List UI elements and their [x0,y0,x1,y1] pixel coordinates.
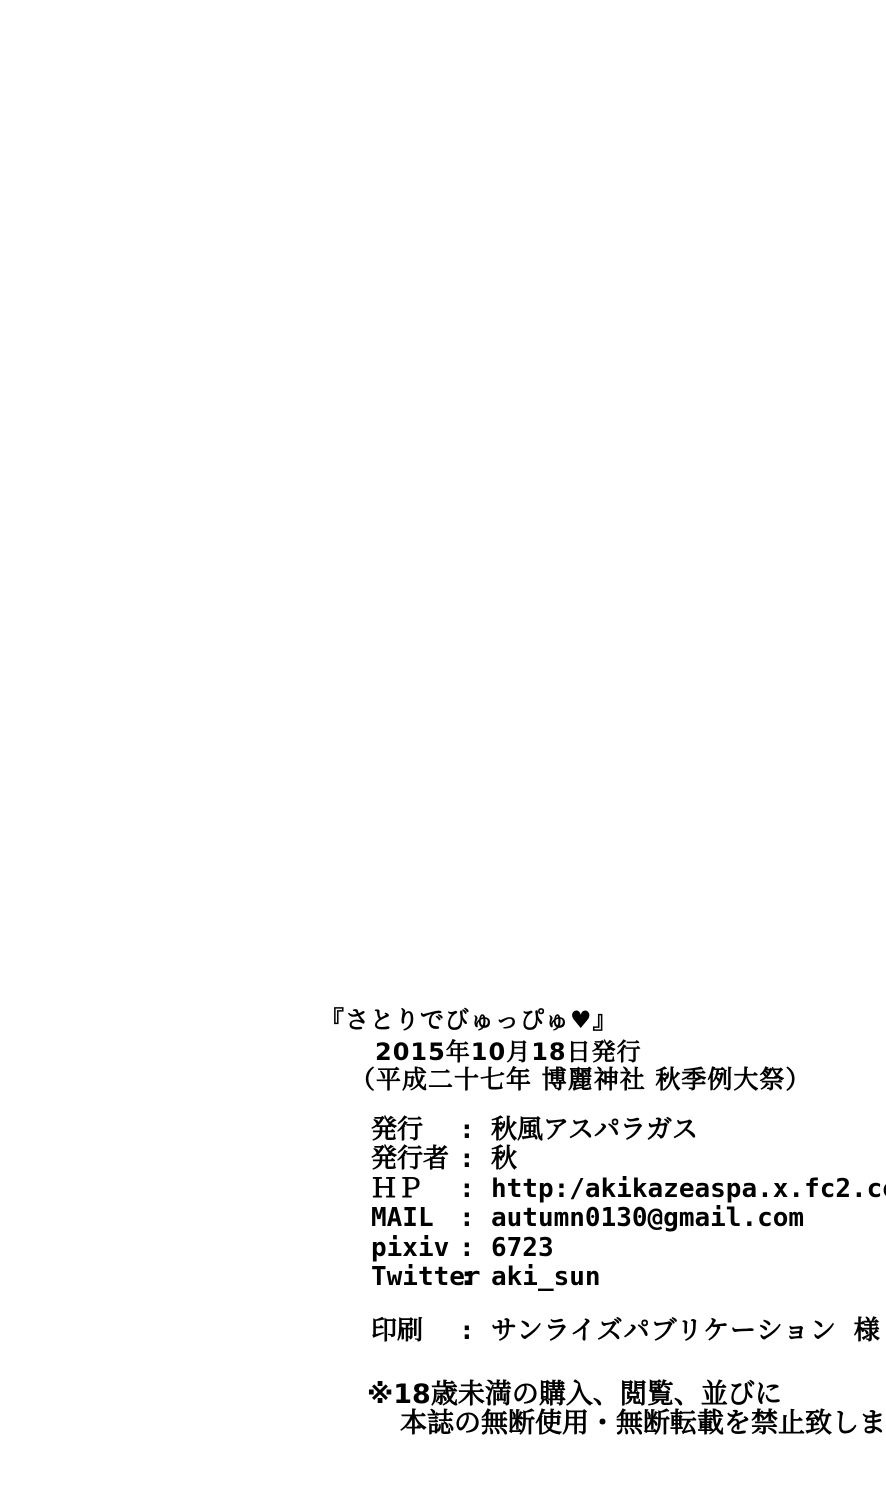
info-row-author: 発行者 : 秋 [371,1145,886,1174]
info-value-mail-address: autumn0130@gmail.com [491,1204,804,1233]
info-row-twitter: Twitter : aki_sun [371,1263,886,1292]
info-separator: : [459,1263,473,1292]
info-value-pixiv-id: 6723 [491,1234,554,1263]
info-label: pixiv [371,1234,459,1263]
info-separator: : [459,1204,473,1233]
info-label: 発行者 [371,1145,459,1174]
info-value-homepage-url: http:/akikazeaspa.x.fc2.com/ [491,1175,886,1204]
info-value: 秋 [491,1145,517,1174]
info-row-pixiv: pixiv : 6723 [371,1234,886,1263]
info-label: ＨＰ [371,1175,459,1204]
info-value-printer-name: サンライズパブリケーション 様 [491,1316,881,1346]
info-separator: : [459,1234,473,1263]
info-label: Twitter [371,1263,459,1292]
info-label: 発行 [371,1116,459,1145]
info-row-mail: MAIL : autumn0130@gmail.com [371,1204,886,1233]
book-title: 『さとりでびゅっぴゅ♥』 [320,1000,618,1035]
disclaimer-line-2: 本誌の無断使用・無断転載を禁止致します。 [400,1401,886,1440]
info-row-publisher: 発行 : 秋風アスパラガス [371,1116,886,1145]
printer-row: 印刷 : サンライズパブリケーション 様 [371,1316,881,1346]
info-separator: : [459,1116,473,1145]
info-value: 秋風アスパラガス [491,1116,698,1145]
info-separator: : [459,1145,473,1174]
event-info: （平成二十七年 博麗神社 秋季例大祭） [350,1060,811,1096]
colophon-page: 『さとりでびゅっぴゅ♥』 2015年10月18日発行 （平成二十七年 博麗神社 … [0,0,886,1500]
info-label: MAIL [371,1204,459,1233]
info-separator: : [459,1316,473,1346]
info-value-twitter-id: aki_sun [491,1263,601,1292]
publication-info-table: 発行 : 秋風アスパラガス 発行者 : 秋 ＨＰ : http:/akikaze… [371,1116,886,1292]
info-label: 印刷 [371,1316,459,1346]
info-row-homepage: ＨＰ : http:/akikazeaspa.x.fc2.com/ [371,1175,886,1204]
info-separator: : [459,1175,473,1204]
